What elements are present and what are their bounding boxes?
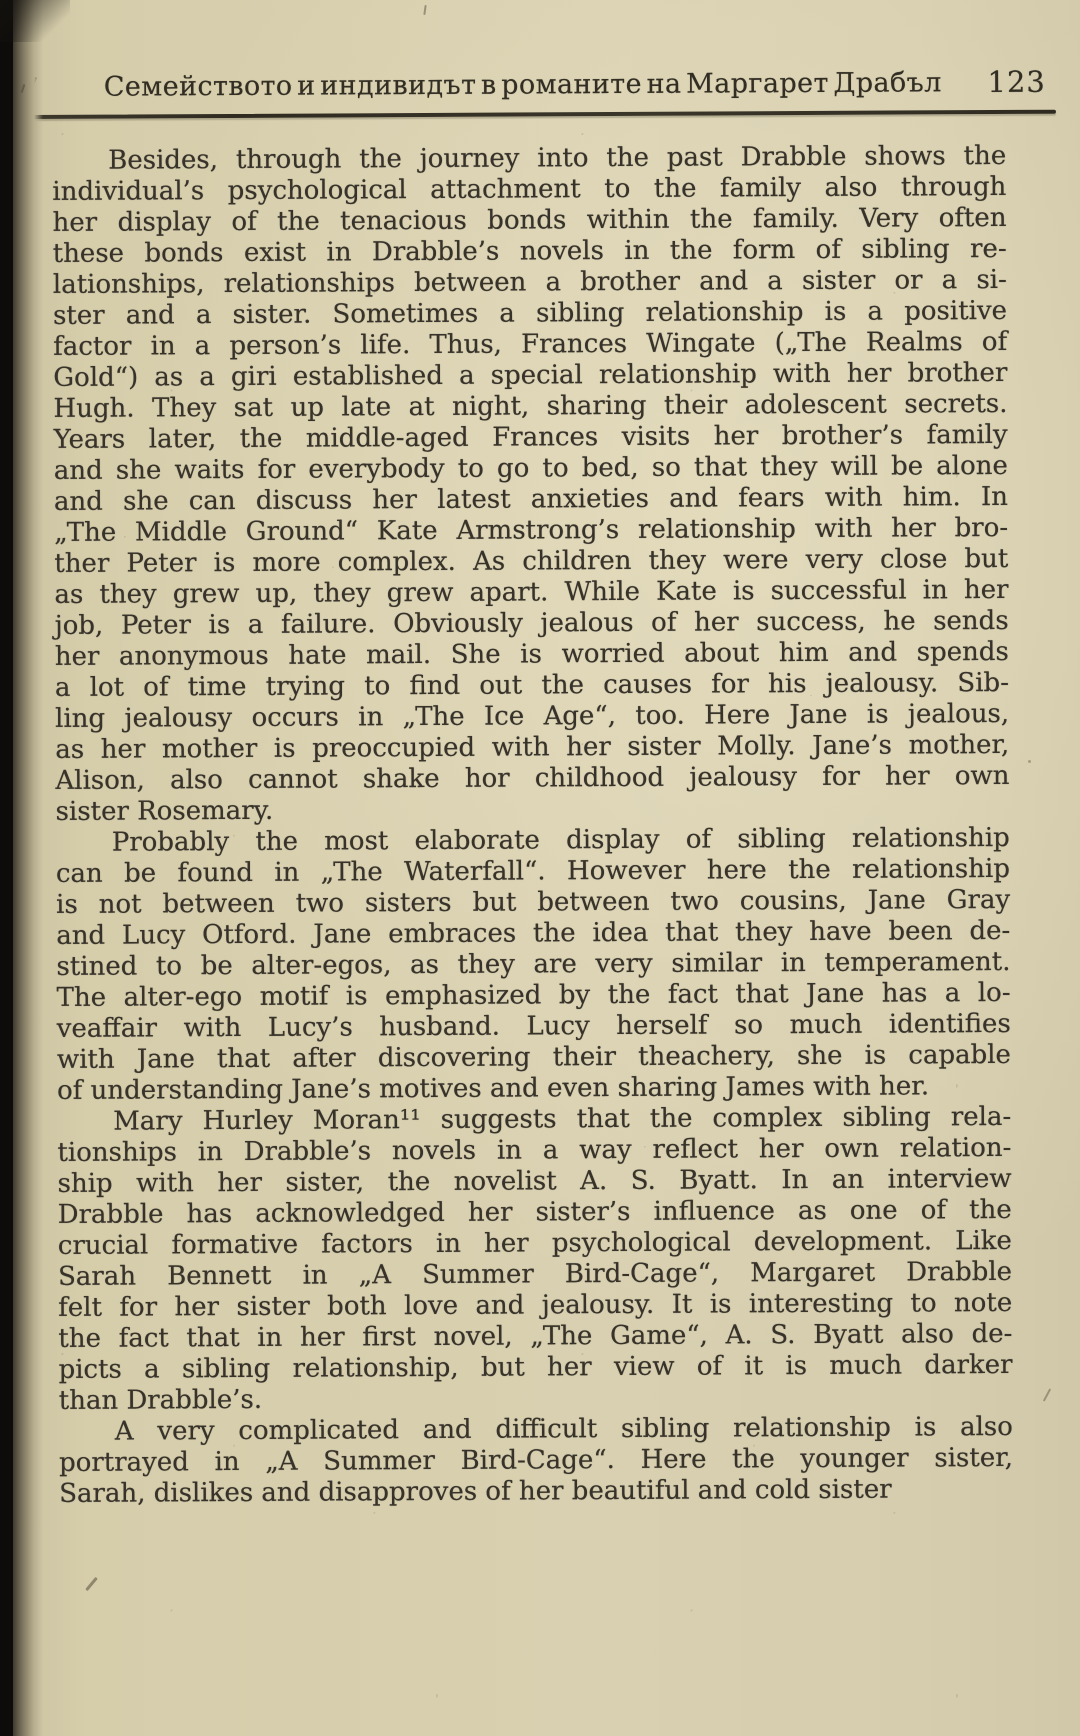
- running-title-word: и: [297, 71, 316, 102]
- text-line: ther Peter is more complex. As children …: [54, 544, 1008, 580]
- scanned-book-page: 7 СемействотоииндивидътвроманитенаМаргар…: [0, 0, 1080, 1736]
- paragraph: Probably the most elaborate display of s…: [56, 823, 1011, 1107]
- page-content: 7 СемействотоииндивидътвроманитенаМаргар…: [0, 0, 1080, 1736]
- text-line: than Drabble’s.: [59, 1381, 1013, 1417]
- text-line: Mary Hurley Moran¹¹ suggests that the co…: [57, 1102, 1011, 1138]
- text-line: veaffair with Lucy’s husband. Lucy herse…: [57, 1009, 1011, 1045]
- paragraph: Mary Hurley Moran¹¹ suggests that the co…: [57, 1102, 1013, 1417]
- text-line: Sarah, dislikes and disapproves of her b…: [59, 1474, 1013, 1510]
- text-line: lationships, relationships between a bro…: [53, 265, 1007, 301]
- text-line: Drabble has acknowledged her sister’s in…: [58, 1195, 1012, 1231]
- paragraph: Besides, through the journey into the pa…: [52, 141, 1010, 828]
- running-title-word: в: [481, 70, 497, 101]
- book-binding-edge: [0, 0, 13, 1736]
- text-line: ling jealousy occurs in „The Ice Age“, t…: [55, 699, 1009, 735]
- text-line: „The Middle Ground“ Kate Armstrong’s rel…: [54, 513, 1008, 549]
- text-line: crucial formative factors in her psychol…: [58, 1226, 1012, 1262]
- text-line: and she can discuss her latest anxieties…: [54, 482, 1008, 518]
- binding-shadow: [13, 0, 43, 1736]
- text-line: individual’s psychological attachment to…: [52, 172, 1006, 208]
- text-line: and Lucy Otford. Jane embraces the idea …: [56, 916, 1010, 952]
- text-line: as her mother is preoccupied with her si…: [55, 730, 1009, 766]
- text-line: these bonds exist in Drabble’s novels in…: [53, 234, 1007, 270]
- text-line: her anonymous hate mail. She is worried …: [55, 637, 1009, 673]
- text-line: is not between two sisters but between t…: [56, 885, 1010, 921]
- text-line: portrayed in „A Summer Bird-Cage“. Here …: [59, 1443, 1013, 1479]
- text-line: sister Rosemary.: [56, 792, 1010, 828]
- body-text: Besides, through the journey into the pa…: [52, 141, 1013, 1510]
- text-line: ster and a sister. Sometimes a sibling r…: [53, 296, 1007, 332]
- text-line: ship with her sister, the novelist A. S.…: [57, 1164, 1011, 1200]
- text-line: factor in a person’s life. Thus, Frances…: [53, 327, 1007, 363]
- running-title-word: романите: [501, 69, 642, 101]
- text-line: felt for her sister both love and jealou…: [58, 1288, 1012, 1324]
- text-line: stined to be alter-egos, as they are ver…: [56, 947, 1010, 983]
- running-title-word: на: [647, 69, 682, 100]
- text-line: Alison, also cannot shake hor childhood …: [55, 761, 1009, 797]
- running-title-word: Драбъл: [833, 67, 941, 99]
- text-line: Probably the most elaborate display of s…: [56, 823, 1010, 859]
- page-number: 123: [987, 65, 1046, 99]
- text-line: with Jane that after discovering their t…: [57, 1040, 1011, 1076]
- text-line: Hugh. They sat up late at night, sharing…: [53, 389, 1007, 425]
- text-line: picts a sibling relationship, but her vi…: [58, 1350, 1012, 1386]
- text-line: and she waits for everybody to go to bed…: [54, 451, 1008, 487]
- text-line: job, Peter is a failure. Obviously jealo…: [55, 606, 1009, 642]
- text-line: can be found in „The Waterfall“. However…: [56, 854, 1010, 890]
- running-title-word: Маргарет: [686, 68, 829, 100]
- running-title: СемействотоииндивидътвроманитенаМаргарет…: [104, 67, 942, 102]
- text-line: Gold“) as a giri established a special r…: [53, 358, 1007, 394]
- text-line: the fact that in her first novel, „The G…: [58, 1319, 1012, 1355]
- running-title-word: Семейството: [104, 71, 293, 103]
- text-line: as they grew up, they grew apart. While …: [54, 575, 1008, 611]
- paragraph: A very complicated and difficult sibling…: [59, 1412, 1013, 1510]
- scan-artifact: [1028, 760, 1031, 763]
- running-title-word: индивидът: [320, 70, 476, 102]
- text-line: of understanding Jane’s motives and even…: [57, 1071, 1011, 1107]
- corner-shadow: [0, 0, 70, 42]
- text-line: a lot of time trying to find out the cau…: [55, 668, 1009, 704]
- text-line: tionships in Drabble’s novels in a way r…: [57, 1133, 1011, 1169]
- text-line: Besides, through the journey into the pa…: [52, 141, 1006, 177]
- text-line: her display of the tenacious bonds withi…: [52, 203, 1006, 239]
- text-line: The alter-ego motif is emphasized by the…: [57, 978, 1011, 1014]
- header-rule: [30, 110, 1056, 119]
- text-line: Sarah Bennett in „A Summer Bird-Cage“, M…: [58, 1257, 1012, 1293]
- text-line: Years later, the middle-aged Frances vis…: [54, 420, 1008, 456]
- text-line: A very complicated and difficult sibling…: [59, 1412, 1013, 1448]
